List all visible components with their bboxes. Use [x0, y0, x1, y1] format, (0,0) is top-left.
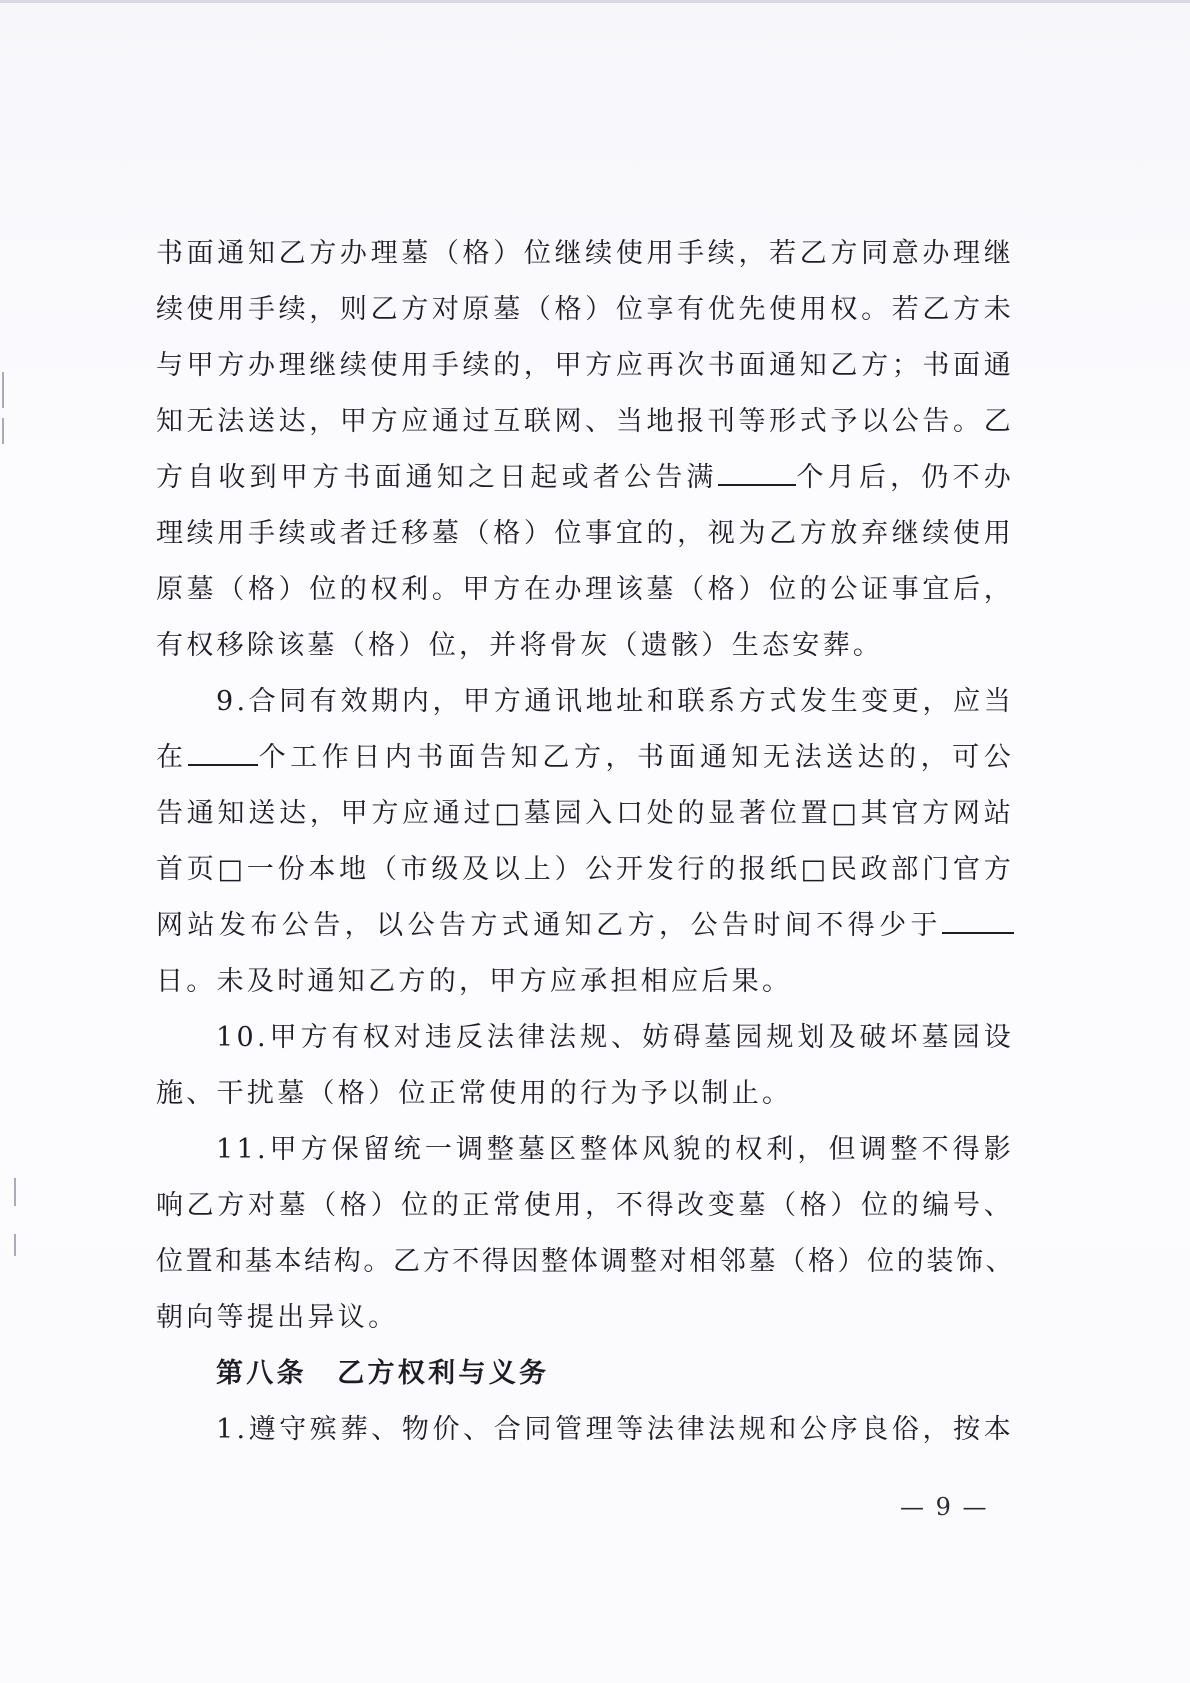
line-text: 个月后，仍不办 [796, 462, 1014, 493]
notice-days-blank-field[interactable] [942, 910, 1014, 934]
line-text: 在 [156, 742, 188, 773]
item-9-line: 在个工作日内书面告知乙方，书面通知无法送达的，可公 [156, 730, 1014, 786]
paragraph-line: 有权移除该墓（格）位，并将骨灰（遗骸）生态安葬。 [156, 618, 1014, 674]
paragraph-line: 知无法送达，甲方应通过互联网、当地报刊等形式予以公告。乙 [156, 394, 1014, 450]
paragraph-line: 书面通知乙方办理墓（格）位继续使用手续，若乙方同意办理继 [156, 226, 1014, 282]
months-blank-field[interactable] [718, 462, 796, 486]
line-text: 方自收到甲方书面通知之日起或者公告满 [156, 462, 718, 493]
page-number: — 9 — [900, 1493, 989, 1521]
item-9-line: 首页□一份本地（市级及以上）公开发行的报纸□民政部门官方 [156, 842, 1014, 898]
binding-mark [14, 1234, 16, 1256]
document-body: 书面通知乙方办理墓（格）位继续使用手续，若乙方同意办理继 续使用手续，则乙方对原… [156, 226, 1014, 1458]
item-10-line: 施、干扰墓（格）位正常使用的行为予以制止。 [156, 1066, 1014, 1122]
item-11-line: 11.甲方保留统一调整墓区整体风貌的权利，但调整不得影 [156, 1122, 1014, 1178]
item-11-line: 朝向等提出异议。 [156, 1290, 1014, 1346]
line-text: 网站发布公告，以公告方式通知乙方，公告时间不得少于 [156, 910, 942, 941]
scan-top-edge [0, 0, 1190, 3]
paragraph-line: 与甲方办理继续使用手续的，甲方应再次书面通知乙方；书面通 [156, 338, 1014, 394]
article-8-heading: 第八条 乙方权利与义务 [156, 1346, 1014, 1402]
workdays-blank-field[interactable] [188, 742, 258, 766]
binding-mark [2, 418, 4, 444]
item-11-line: 位置和基本结构。乙方不得因整体调整对相邻墓（格）位的装饰、 [156, 1234, 1014, 1290]
item-9-line: 网站发布公告，以公告方式通知乙方，公告时间不得少于 [156, 898, 1014, 954]
item-10-line: 10.甲方有权对违反法律法规、妨碍墓园规划及破坏墓园设 [156, 1010, 1014, 1066]
paragraph-line: 原墓（格）位的权利。甲方在办理该墓（格）位的公证事宜后， [156, 562, 1014, 618]
paragraph-line: 方自收到甲方书面通知之日起或者公告满个月后，仍不办 [156, 450, 1014, 506]
paragraph-line: 理续用手续或者迁移墓（格）位事宜的，视为乙方放弃继续使用 [156, 506, 1014, 562]
item-11-line: 响乙方对墓（格）位的正常使用，不得改变墓（格）位的编号、 [156, 1178, 1014, 1234]
item-9-line: 告通知送达，甲方应通过□墓园入口处的显著位置□其官方网站 [156, 786, 1014, 842]
item-9-line: 日。未及时通知乙方的，甲方应承担相应后果。 [156, 954, 1014, 1010]
line-text: 个工作日内书面告知乙方，书面通知无法送达的，可公 [258, 742, 1014, 773]
binding-mark [2, 372, 4, 408]
document-page: 书面通知乙方办理墓（格）位继续使用手续，若乙方同意办理继 续使用手续，则乙方对原… [0, 0, 1190, 1683]
article-8-item-1: 1.遵守殡葬、物价、合同管理等法律法规和公序良俗，按本 [156, 1402, 1014, 1458]
item-9-line: 9.合同有效期内，甲方通讯地址和联系方式发生变更，应当 [156, 674, 1014, 730]
binding-mark [14, 1178, 16, 1206]
paragraph-line: 续使用手续，则乙方对原墓（格）位享有优先使用权。若乙方未 [156, 282, 1014, 338]
